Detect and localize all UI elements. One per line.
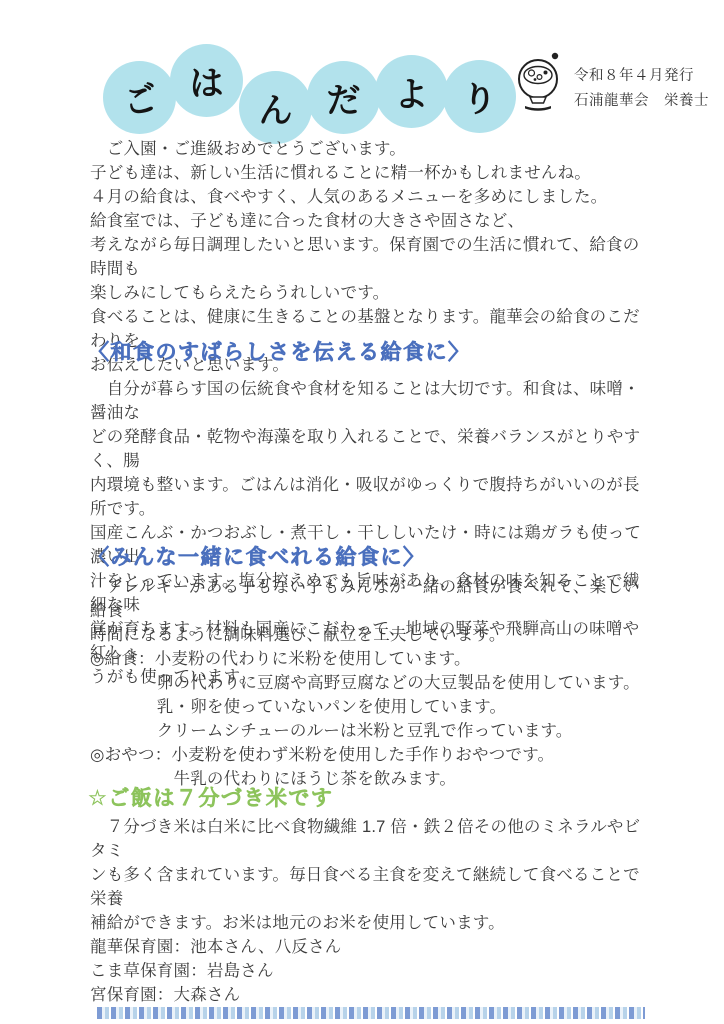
title-char: よ bbox=[395, 67, 429, 116]
section-heading-washoku: 〈和食のすばらしさを伝える給食に〉 bbox=[88, 336, 471, 366]
title-bubble: よ bbox=[375, 55, 448, 128]
publisher-block: 令和８年４月発行 石浦龍華会 栄養士 bbox=[574, 64, 724, 114]
section-body-minna: アレルギーがある子もない子もみんなが一緒の給食が食べれて、楽しい給食 時間になる… bbox=[90, 575, 652, 791]
newsletter-page: ご は ん だ よ り 令和８年４月発行 石浦龍華会 栄養士 ご入園・ご進級おめ… bbox=[0, 0, 724, 1024]
issue-date: 令和８年４月発行 bbox=[574, 64, 724, 89]
footer-stripe-bar bbox=[97, 1007, 645, 1019]
title-char: ご bbox=[119, 70, 161, 124]
title-bubble: ご bbox=[103, 61, 176, 134]
rice-bowl-icon bbox=[516, 50, 564, 114]
section-body-rice: ７分づき米は白米に比べ食物繊維 1.7 倍・鉄２倍その他のミネラルやビタミ ンも… bbox=[90, 815, 652, 1007]
section-heading-minna: 〈みんな一緒に食べれる給食に〉 bbox=[88, 541, 426, 571]
publisher-name: 石浦龍華会 栄養士 bbox=[574, 89, 724, 114]
title-bubble: は bbox=[170, 44, 243, 117]
title-bubble: だ bbox=[307, 61, 380, 134]
section-heading-rice: ☆ご飯は７分づき米です bbox=[88, 782, 333, 812]
title-char: ん bbox=[259, 83, 293, 132]
title-char: り bbox=[463, 72, 497, 121]
title-char: は bbox=[190, 56, 224, 105]
title-bubble: り bbox=[443, 60, 516, 133]
title-bubble: ん bbox=[239, 71, 312, 144]
title-char: だ bbox=[327, 73, 361, 122]
